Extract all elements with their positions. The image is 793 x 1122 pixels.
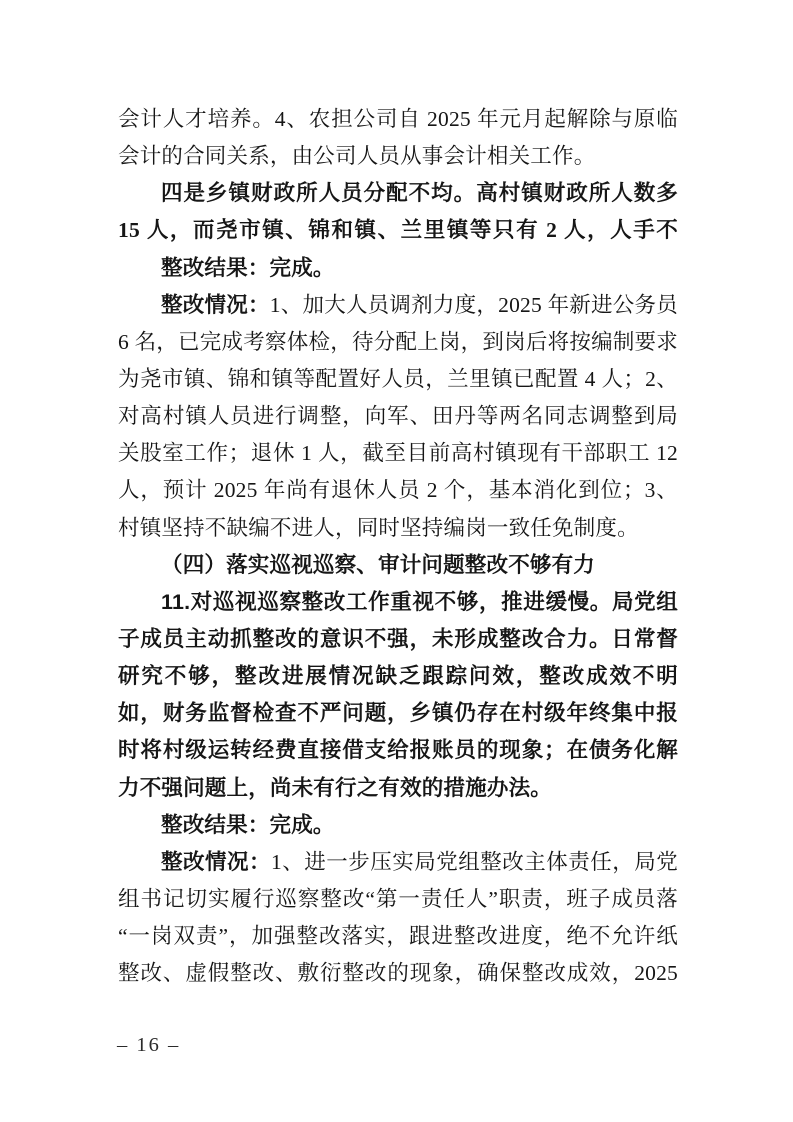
text-run: 6 名，已完成考察体检，待分配上岗，到岗后将按编制要求 [118, 330, 678, 354]
text-line: 关股室工作；退休 1 人，截至目前高村镇现有干部职工 12 [118, 435, 678, 472]
text-line: 子成员主动抓整改的意识不强，未形成整改合力。日常督促 [118, 621, 678, 658]
text-line: 整改结果：完成。 [118, 807, 678, 844]
text-run: 1、进一步压实局党组整改主体责任，局党 [271, 850, 678, 874]
text-run: 整改结果：完成。 [161, 256, 335, 280]
document-page: 会计人才培养。4、农担公司自 2025 年元月起解除与原临聘会计的合同关系，由公… [0, 0, 793, 1122]
text-run: 子成员主动抓整改的意识不强，未形成整改合力。日常督促 [118, 627, 678, 658]
text-line: 力不强问题上，尚未有行之有效的措施办法。 [118, 770, 678, 807]
text-run: 整改、虚假整改、敷衍整改的现象，确保整改成效，2025 年 [118, 961, 678, 992]
text-run: “一岗双责”，加强整改落实，跟进整改进度，绝不允许纸面 [118, 924, 678, 955]
text-run: 15 人，而尧市镇、锦和镇、兰里镇等只有 2 人，人手不足。 [118, 218, 678, 249]
text-run: 如，财务监督检查不严问题，乡镇仍存在村级年终集中报账 [118, 701, 678, 732]
text-line: 整改情况：1、加大人员调剂力度，2025 年新进公务员 [118, 287, 678, 324]
text-run: 研究不够，整改进展情况缺乏跟踪问效，整改成效不明显， [118, 664, 678, 695]
text-line: 村镇坚持不缺编不进人，同时坚持编岗一致任免制度。 [118, 510, 678, 547]
text-run: 对高村镇人员进行调整，向军、田丹等两名同志调整到局机 [118, 404, 678, 435]
text-line: 研究不够，整改进展情况缺乏跟踪问效，整改成效不明显， [118, 658, 678, 695]
text-line: 11.对巡视巡察整改工作重视不够，推进缓慢。局党组班 [118, 584, 678, 621]
page-number: – 16 – [117, 1034, 180, 1057]
document-lines: 会计人才培养。4、农担公司自 2025 年元月起解除与原临聘会计的合同关系，由公… [118, 101, 678, 992]
text-line: 四是乡镇财政所人员分配不均。高村镇财政所人数多达 [118, 175, 678, 212]
text-run: 整改情况： [161, 850, 271, 874]
text-run: 整改结果：完成。 [161, 813, 335, 837]
text-line: （四）落实巡视巡察、审计问题整改不够有力 [118, 547, 678, 584]
text-line: 整改结果：完成。 [118, 250, 678, 287]
text-line: 6 名，已完成考察体检，待分配上岗，到岗后将按编制要求 [118, 324, 678, 361]
text-run: 会计的合同关系，由公司人员从事会计相关工作。 [118, 144, 595, 168]
text-line: 会计人才培养。4、农担公司自 2025 年元月起解除与原临聘 [118, 101, 678, 138]
text-run: 人，预计 2025 年尚有退休人员 2 个，基本消化到位；3、高 [118, 478, 678, 509]
text-run: 1、加大人员调剂力度，2025 年新进公务员 [270, 293, 678, 317]
text-run: 四是乡镇财政所人员分配不均。 [161, 181, 476, 205]
text-run: 力不强问题上，尚未有行之有效的措施办法。 [118, 776, 552, 800]
text-line: 如，财务监督检查不严问题，乡镇仍存在村级年终集中报账 [118, 695, 678, 732]
text-line: 时将村级运转经费直接借支给报账员的现象；在债务化解能 [118, 732, 678, 769]
text-line: 整改、虚假整改、敷衍整改的现象，确保整改成效，2025 年 [118, 955, 678, 992]
text-run: 为尧市镇、锦和镇等配置好人员，兰里镇已配置 4 人；2、 [118, 367, 678, 391]
text-line: 组书记切实履行巡察整改“第一责任人”职责，班子成员落实 [118, 881, 678, 918]
text-line: 整改情况：1、进一步压实局党组整改主体责任，局党 [118, 844, 678, 881]
text-line: 15 人，而尧市镇、锦和镇、兰里镇等只有 2 人，人手不足。 [118, 212, 678, 249]
text-line: 会计的合同关系，由公司人员从事会计相关工作。 [118, 138, 678, 175]
text-line: “一岗双责”，加强整改落实，跟进整改进度，绝不允许纸面 [118, 918, 678, 955]
text-run: （四）落实巡视巡察、审计问题整改不够有力 [161, 553, 595, 577]
text-run: 整改情况： [161, 293, 270, 317]
text-line: 为尧市镇、锦和镇等配置好人员，兰里镇已配置 4 人；2、 [118, 361, 678, 398]
text-line: 人，预计 2025 年尚有退休人员 2 个，基本消化到位；3、高 [118, 472, 678, 509]
text-run: 关股室工作；退休 1 人，截至目前高村镇现有干部职工 12 [118, 441, 678, 465]
text-run: 组书记切实履行巡察整改“第一责任人”职责，班子成员落实 [118, 887, 678, 918]
text-run: 会计人才培养。4、农担公司自 2025 年元月起解除与原临聘 [118, 107, 678, 138]
text-line: 对高村镇人员进行调整，向军、田丹等两名同志调整到局机 [118, 398, 678, 435]
text-run: 时将村级运转经费直接借支给报账员的现象；在债务化解能 [118, 738, 678, 769]
text-run: 11.对巡视巡察整改工作重视不够，推进缓慢。 [161, 590, 612, 614]
text-run: 村镇坚持不缺编不进人，同时坚持编岗一致任免制度。 [118, 516, 639, 540]
